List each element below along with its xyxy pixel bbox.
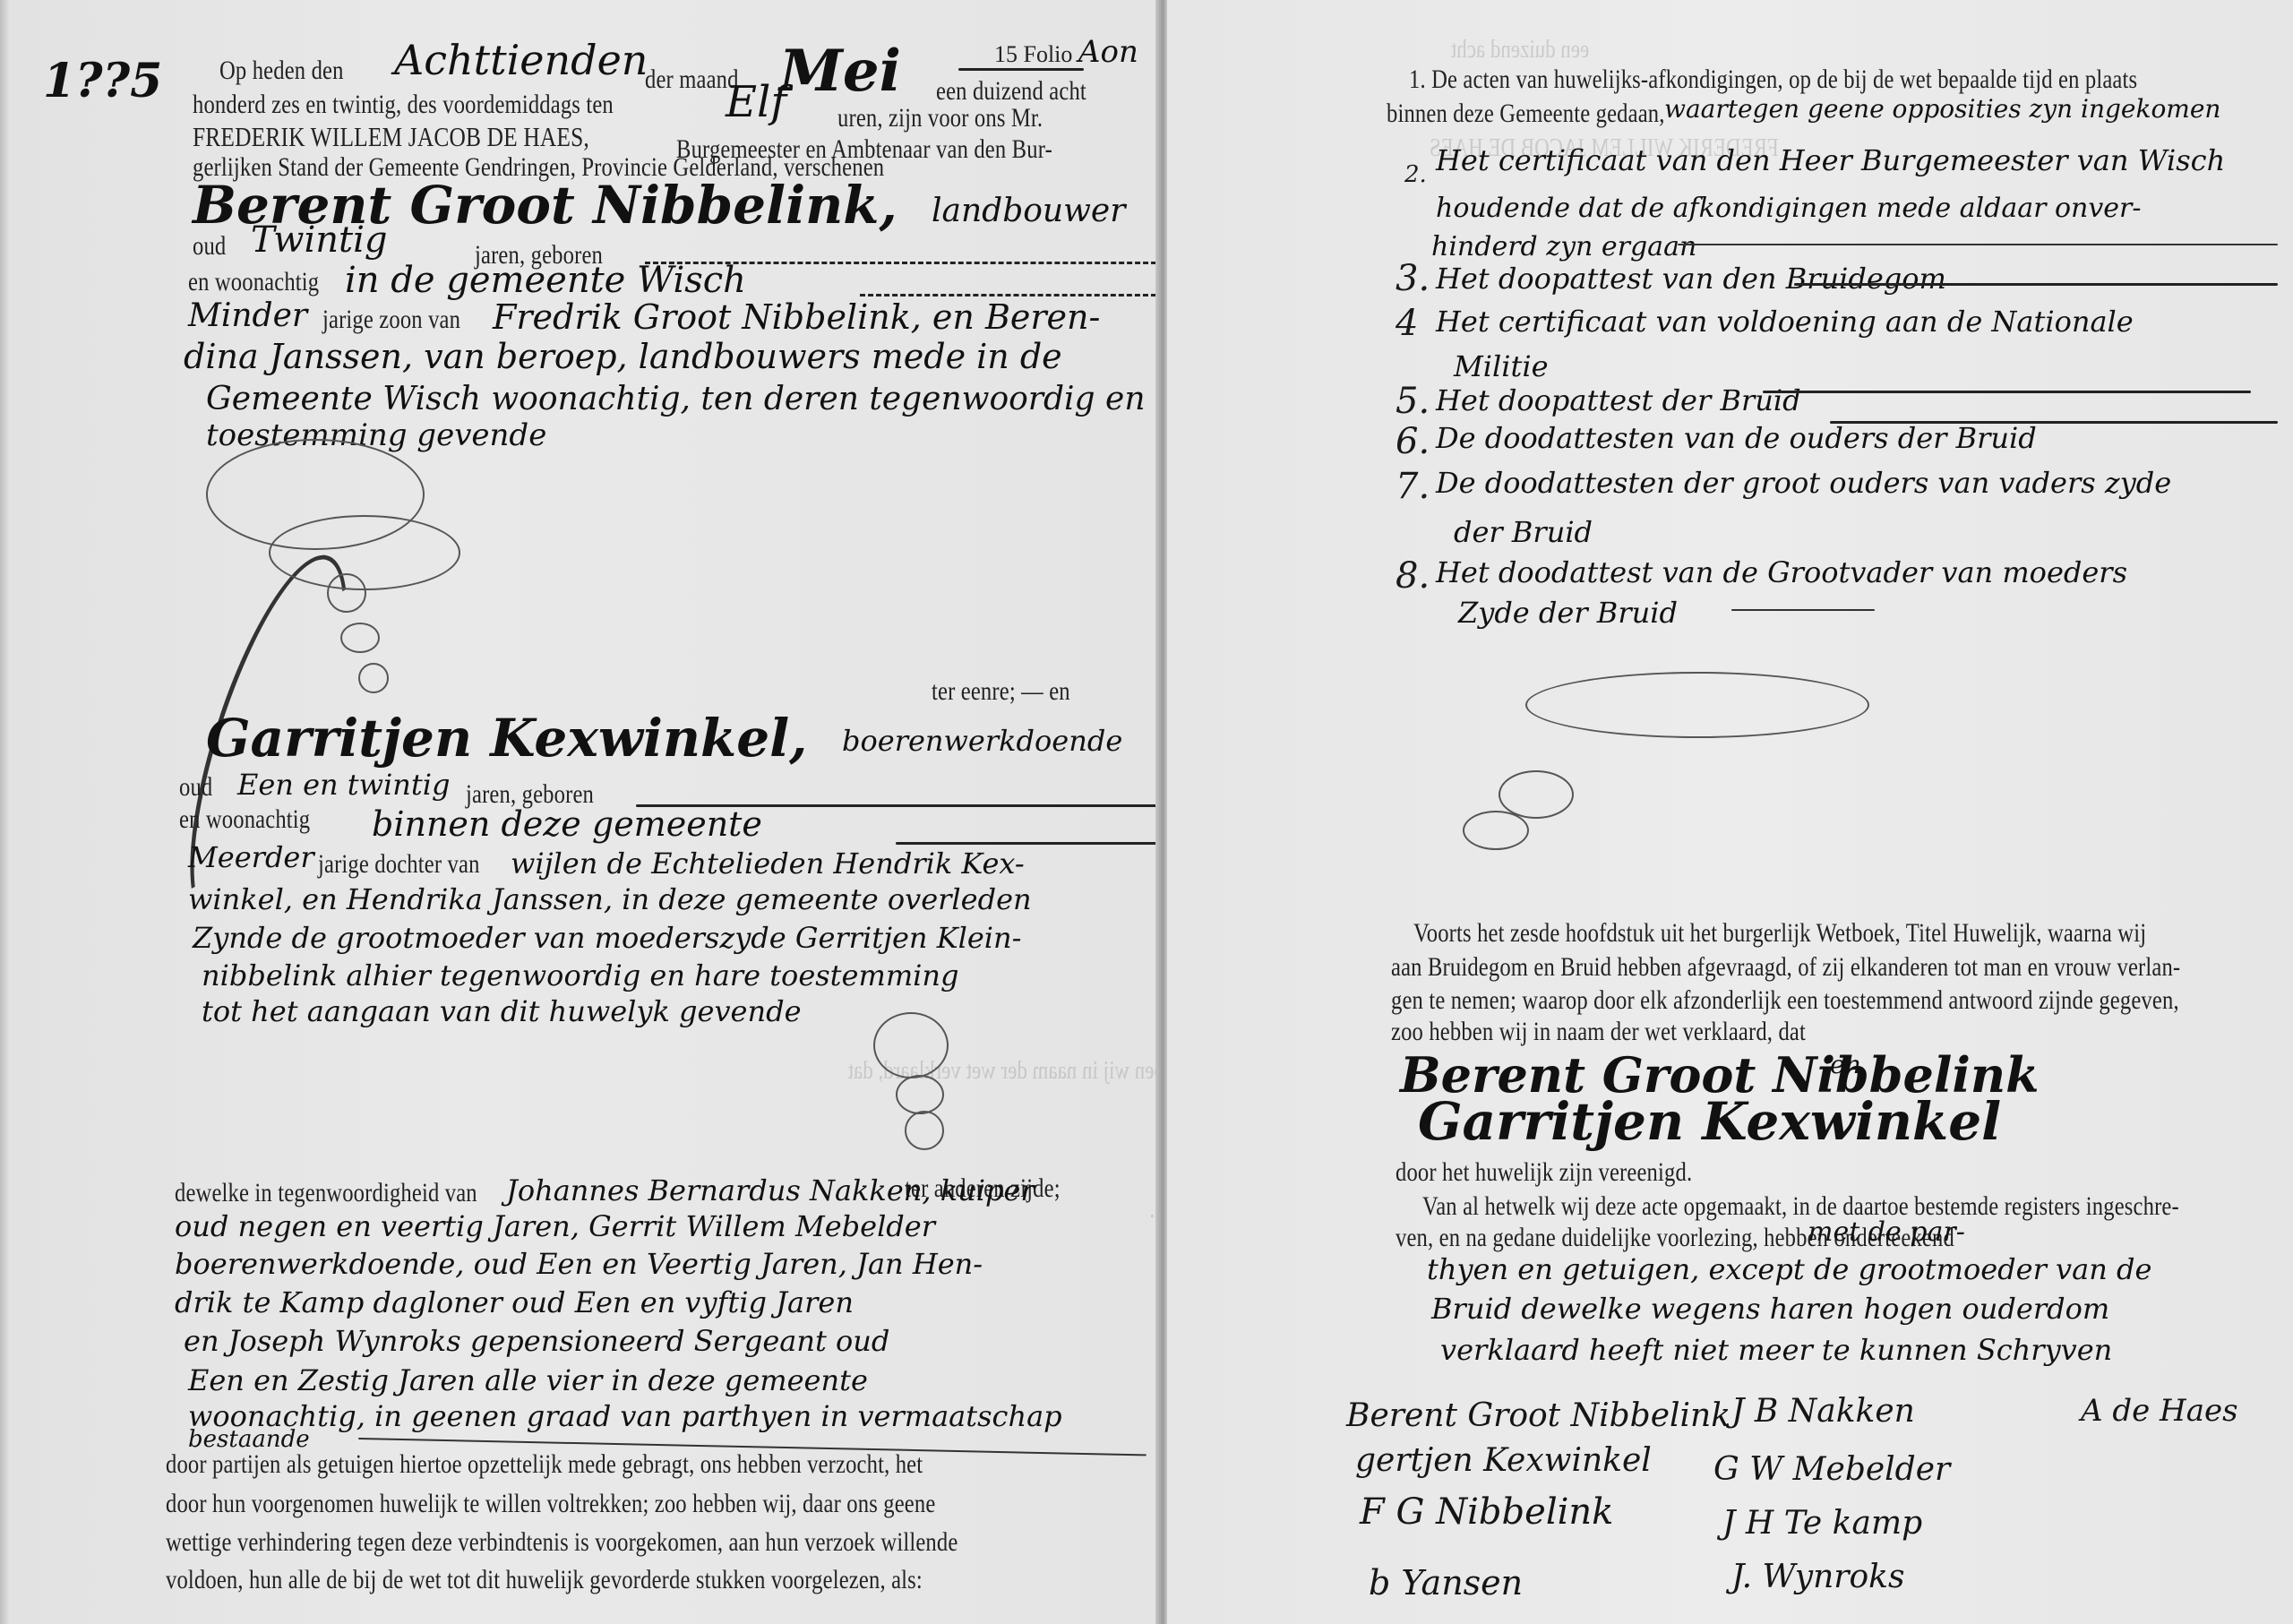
item-number: 6. xyxy=(1396,421,1430,462)
item-number: 8. xyxy=(1396,555,1430,597)
signature-witness-1: J B Nakken xyxy=(1731,1393,1915,1430)
document-item-6: De doodattesten van de ouders der Bruid xyxy=(1436,421,2037,455)
bride-parents: wijlen de Echtelieden Hendrik Kex- xyxy=(511,846,1025,881)
groom-minor: Minder xyxy=(188,297,307,334)
ter-eenre: ter eenre; — en xyxy=(932,676,1070,707)
flourish-decoration xyxy=(340,623,380,653)
van-al-text: Van al hetwelk wij deze acte opgemaakt, … xyxy=(1422,1191,2179,1222)
document-item-7-cont: der Bruid xyxy=(1454,515,1593,549)
blank-rule xyxy=(1794,283,2278,286)
flourish-decoration xyxy=(1525,672,1869,738)
voorts-text: aan Bruidegom en Bruid hebben afgevraagd… xyxy=(1391,952,2180,983)
signed-hand: verklaard heeft niet meer te kunnen Schr… xyxy=(1440,1333,2112,1367)
document-item-8: Het doodattest van de Grootvader van moe… xyxy=(1436,555,2127,589)
woonachtig-label: en woonachtig xyxy=(188,267,319,297)
item-number: 5. xyxy=(1396,381,1430,422)
flourish-decoration xyxy=(873,1012,949,1078)
bride-occupation: boerenwerkdoende xyxy=(842,724,1122,758)
item-number: 4 xyxy=(1396,303,1418,344)
document-item-4: Het certificaat van voldoening aan de Na… xyxy=(1436,305,2134,339)
witness-text: en Joseph Wynroks gepensioneerd Sergeant… xyxy=(184,1324,889,1358)
groom-residence: in de gemeente Wisch xyxy=(345,260,746,301)
folio-hand: Aon xyxy=(1078,34,1138,70)
opening-text: Op heden den xyxy=(219,56,344,86)
son-label: jarige zoon van xyxy=(322,305,460,335)
voorts-text: Voorts het zesde hoofdstuk uit het burge… xyxy=(1413,918,2146,949)
signature-bride: gertjen Kexwinkel xyxy=(1355,1442,1652,1479)
couple-en: en xyxy=(1830,1050,1861,1079)
blank-rule xyxy=(1763,391,2251,393)
document-item-1: 1. De acten van huwelijks-afkondigingen,… xyxy=(1409,64,2137,95)
day-hand: Achttienden xyxy=(394,36,648,84)
flourish-decoration xyxy=(269,515,460,590)
bride-parents: Zynde de grootmoeder van moederszyde Ger… xyxy=(193,921,1021,955)
witness-text: Een en Zestig Jaren alle vier in deze ge… xyxy=(188,1363,868,1397)
oud-label: oud xyxy=(193,231,226,262)
witness-intro: dewelke in tegenwoordigheid van xyxy=(175,1178,477,1208)
bride-parents: tot het aangaan van dit huwelyk gevende xyxy=(202,994,802,1028)
official-name: FREDERIK WILLEM JACOB DE HAES, xyxy=(193,121,589,153)
document-item-7: De doodattesten der groot ouders van vad… xyxy=(1436,466,2171,500)
opening-text: uren, zijn voor ons Mr. xyxy=(837,103,1043,133)
document-item-2-cont: houdende dat de afkondigingen mede aldaa… xyxy=(1436,193,2142,224)
signed-hand: met de par- xyxy=(1808,1216,1965,1248)
blank-rule xyxy=(1830,421,2278,424)
record-number: 1??5 xyxy=(43,54,162,108)
witness-text: oud negen en veertig Jaren, Gerrit Wille… xyxy=(175,1209,935,1243)
signature-witness-2: G W Mebelder xyxy=(1713,1451,1950,1488)
signature-witness-4: J. Wynroks xyxy=(1731,1559,1904,1595)
item-number: 2. xyxy=(1404,161,1427,188)
groom-parents: dina Janssen, van beroep, landbouwers me… xyxy=(184,337,1062,376)
left-page: zoo hebben wij in naam der wet verklaard… xyxy=(0,0,1167,1624)
voorts-text: gen te nemen; waarop door elk afzonderli… xyxy=(1391,985,2179,1016)
signature-official: A de Haes xyxy=(2081,1393,2238,1429)
right-page: een duizend acht FREDERIK WILLEM JACOB D… xyxy=(1167,0,2293,1624)
month-hand: Mei xyxy=(779,38,901,105)
document-item-4-cont: Militie xyxy=(1454,349,1549,383)
opening-text: honderd zes en twintig, des voordemiddag… xyxy=(193,90,614,120)
document-item-3: Het doopattest van den Bruidegom xyxy=(1436,262,1946,296)
daughter-label: jarige dochter van xyxy=(318,849,480,880)
blank-rule xyxy=(896,842,1164,845)
blank-rule xyxy=(1678,244,2278,245)
document-item-8-cont: Zyde der Bruid xyxy=(1458,596,1678,630)
blank-rule xyxy=(860,294,1164,296)
opening-text: der maand xyxy=(645,64,739,95)
item-text: De acten van huwelijks-afkondigingen, op… xyxy=(1431,64,2137,94)
closing-text: door partijen als getuigen hiertoe opzet… xyxy=(166,1449,923,1480)
flourish-decoration xyxy=(1499,770,1574,819)
book-gutter xyxy=(1155,0,1168,1624)
witness-text: drik te Kamp dagloner oud Een en vyftig … xyxy=(175,1285,854,1319)
item-number: 7. xyxy=(1396,466,1430,507)
witness-text: boerenwerkdoende, oud Een en Veertig Jar… xyxy=(175,1247,983,1281)
signed-hand: Bruid dewelke wegens haren hogen ouderdo… xyxy=(1431,1292,2109,1326)
document-item-2-cont: hinderd zyn ergaan xyxy=(1431,231,1696,262)
voorts-text: zoo hebben wij in naam der wet verklaard… xyxy=(1391,1017,1806,1047)
woonachtig-label: en woonachtig xyxy=(179,804,310,835)
united-text: door het huwelijk zijn vereenigd. xyxy=(1396,1157,1692,1188)
couple-bride-name: Garritjen Kexwinkel xyxy=(1418,1091,2001,1152)
document-item-1-cont: binnen deze Gemeente gedaan, xyxy=(1387,99,1665,129)
item-number: 1. xyxy=(1409,64,1426,94)
flourish-decoration xyxy=(896,1075,944,1114)
bleed-through-text: een duizend acht xyxy=(1451,36,1589,64)
bride-age: Een en twintig xyxy=(237,768,450,802)
bride-parents: winkel, en Hendrika Janssen, in deze gem… xyxy=(188,882,1032,916)
witness-text: Johannes Bernardus Nakken, kuiper xyxy=(506,1173,1035,1207)
signature-mother: b Yansen xyxy=(1369,1563,1523,1603)
signature-father: F G Nibbelink xyxy=(1360,1491,1613,1533)
signed-hand: thyen en getuigen, except de grootmoeder… xyxy=(1427,1252,2151,1286)
closing-text: door hun voorgenomen huwelijk te willen … xyxy=(166,1489,935,1519)
hour-hand: Elf xyxy=(726,77,786,127)
groom-parents: Fredrik Groot Nibbelink, en Beren- xyxy=(493,297,1100,337)
bride-residence: binnen deze gemeente xyxy=(372,804,762,844)
oud-label: oud xyxy=(179,772,212,803)
flourish-decoration xyxy=(905,1111,944,1150)
bride-parents: nibbelink alhier tegenwoordig en hare to… xyxy=(202,958,958,992)
opening-text: een duizend acht xyxy=(936,76,1086,107)
item-number: 3. xyxy=(1396,258,1430,299)
groom-parents: Gemeente Wisch woonachtig, ten deren teg… xyxy=(206,381,1167,417)
blank-rule xyxy=(1731,609,1875,611)
document-item-1-hand: waartegen geene opposities zyn ingekomen xyxy=(1664,94,2220,124)
bride-name: Garritjen Kexwinkel, xyxy=(206,708,807,769)
flourish-decoration xyxy=(327,573,366,613)
folio-number: 15 Folio xyxy=(994,41,1072,67)
closing-text: voldoen, hun alle de bij de wet tot dit … xyxy=(166,1565,923,1595)
signature-witness-3: J H Te kamp xyxy=(1722,1505,1922,1542)
folio-rule xyxy=(958,68,1084,71)
groom-occupation: landbouwer xyxy=(932,193,1125,229)
closing-text: wettige verhindering tegen deze verbindt… xyxy=(166,1527,958,1558)
page-edge xyxy=(0,0,9,1624)
flourish-decoration xyxy=(1463,811,1529,850)
document-item-5: Het doopattest der Bruid xyxy=(1436,383,1801,417)
document-item-2: Het certificaat van den Heer Burgemeeste… xyxy=(1436,143,2225,177)
bride-major: Meerder xyxy=(188,840,314,874)
flourish-decoration xyxy=(358,663,389,693)
groom-age: Twintig xyxy=(251,219,388,261)
signature-groom: Berent Groot Nibbelink xyxy=(1346,1397,1730,1434)
folio-label: 15 Folio Aon xyxy=(994,34,1138,70)
witness-text: woonachtig, in geenen graad van parthyen… xyxy=(188,1399,1062,1433)
